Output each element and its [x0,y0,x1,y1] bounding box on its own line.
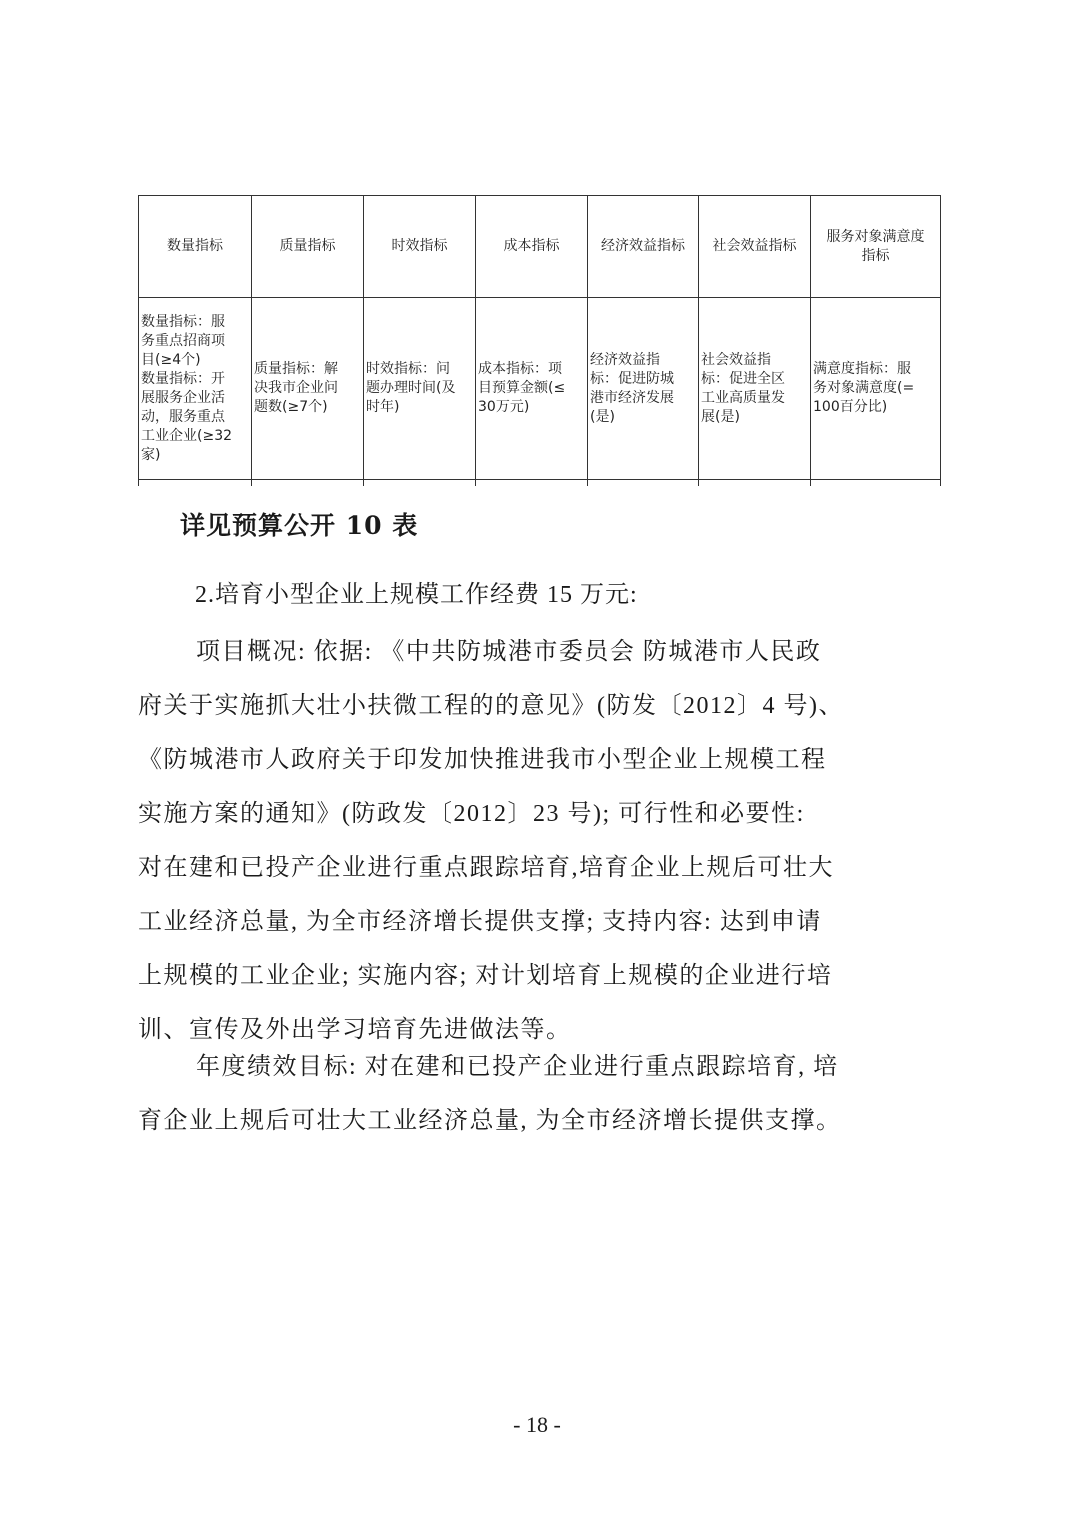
project-overview-paragraph: 项目概况: 依据: 《中共防城港市委员会 防城港市人民政 府关于实施抓大壮小扶微… [138,625,940,1057]
document-page: 数量指标 质量指标 时效指标 成本指标 经济效益指标 社会效益指标 服务对象满意… [0,0,1074,1520]
cell-quality: 质量指标：解 决我市企业问 题数(≥7个) [252,298,364,480]
table-row: 数量指标：服 务重点招商项 目(≥4个) 数量指标：开 展服务企业活 动，服务重… [139,298,941,480]
header-label: 服务对象满意度 指标 [827,229,925,264]
cell-satisfaction: 满意度指标：服 务对象满意度(= 100百分比) [811,298,941,480]
header-quality: 质量指标 [252,196,364,298]
cell-text: 满意度指标：服 务对象满意度(= 100百分比) [813,361,914,415]
paragraph-line: 工业经济总量, 为全市经济增长提供支撑; 支持内容: 达到申请 [138,895,940,949]
paragraph-line: 年度绩效目标: 对在建和已投产企业进行重点跟踪培育, 培 [138,1040,940,1094]
tail-cell [588,480,699,487]
paragraph-line: 上规模的工业企业; 实施内容; 对计划培育上规模的企业进行培 [138,949,940,1003]
header-quantity: 数量指标 [139,196,252,298]
cell-text: 数量指标：服 务重点招商项 目(≥4个) 数量指标：开 展服务企业活 动，服务重… [141,314,232,463]
header-label: 经济效益指标 [601,238,685,254]
annual-goal-paragraph: 年度绩效目标: 对在建和已投产企业进行重点跟踪培育, 培 育企业上规后可壮大工业… [138,1040,940,1148]
cell-text: 质量指标：解 决我市企业问 题数(≥7个) [254,361,338,415]
page-number: - 18 - [0,1412,1074,1438]
header-timeliness: 时效指标 [364,196,476,298]
header-label: 质量指标 [280,238,336,254]
paragraph-line: 实施方案的通知》(防政发〔2012〕23 号); 可行性和必要性: [138,787,940,841]
header-satisfaction: 服务对象满意度 指标 [811,196,941,298]
section-heading: 详见预算公开 10 表 [180,506,418,542]
header-label: 成本指标 [504,238,560,254]
cell-text: 时效指标：问 题办理时间(及 时年) [366,361,455,415]
cell-social: 社会效益指 标：促进全区 工业高质量发 展(是) [699,298,811,480]
tail-cell [699,480,811,487]
paragraph-line: 项目概况: 依据: 《中共防城港市委员会 防城港市人民政 [138,625,940,679]
paragraph-line: 对在建和已投产企业进行重点跟踪培育,培育企业上规后可壮大 [138,841,940,895]
cell-text: 经济效益指 标：促进防城 港市经济发展 (是) [590,352,674,425]
cell-text: 社会效益指 标：促进全区 工业高质量发 展(是) [701,352,785,425]
header-cost: 成本指标 [476,196,588,298]
tail-cell [476,480,588,487]
cell-text: 成本指标：项 目预算金额(≤ 30万元) [478,361,565,415]
header-social: 社会效益指标 [699,196,811,298]
table-header-row: 数量指标 质量指标 时效指标 成本指标 经济效益指标 社会效益指标 服务对象满意… [139,196,941,298]
tail-cell [811,480,941,487]
paragraph-line: 府关于实施抓大壮小扶微工程的的意见》(防发〔2012〕4 号)、 [138,679,940,733]
header-economic: 经济效益指标 [588,196,699,298]
header-label: 社会效益指标 [713,238,797,254]
paragraph-line: 育企业上规后可壮大工业经济总量, 为全市经济增长提供支撑。 [138,1094,940,1148]
cell-cost: 成本指标：项 目预算金额(≤ 30万元) [476,298,588,480]
cell-economic: 经济效益指 标：促进防城 港市经济发展 (是) [588,298,699,480]
tail-cell [139,480,252,487]
table-tail-row [139,480,941,487]
header-label: 时效指标 [392,238,448,254]
tail-cell [364,480,476,487]
cell-timeliness: 时效指标：问 题办理时间(及 时年) [364,298,476,480]
performance-indicator-table: 数量指标 质量指标 时效指标 成本指标 经济效益指标 社会效益指标 服务对象满意… [138,195,941,486]
cell-quantity: 数量指标：服 务重点招商项 目(≥4个) 数量指标：开 展服务企业活 动，服务重… [139,298,252,480]
header-label: 数量指标 [167,238,223,254]
item-title: 2.培育小型企业上规模工作经费 15 万元: [195,574,638,609]
paragraph-line: 《防城港市人政府关于印发加快推进我市小型企业上规模工程 [138,733,940,787]
tail-cell [252,480,364,487]
